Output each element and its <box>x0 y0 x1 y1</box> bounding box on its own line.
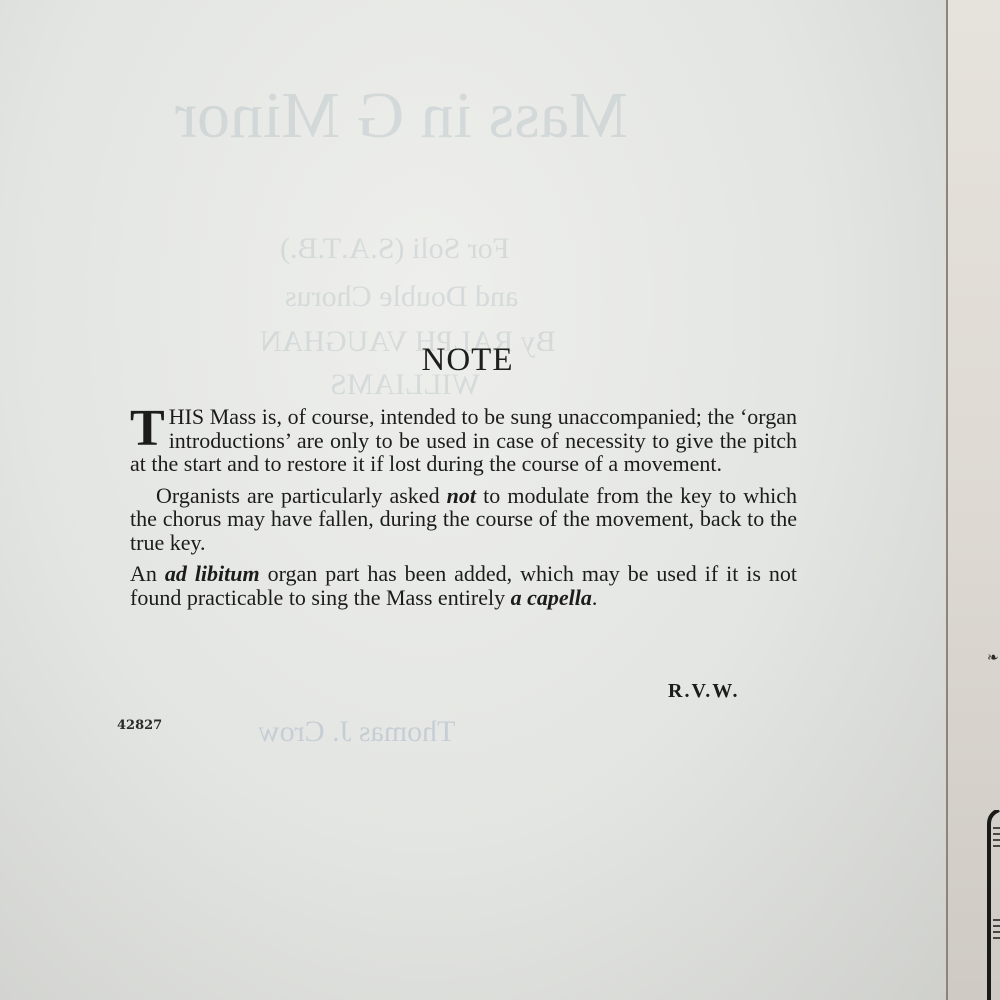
paragraph-3-text-end: . <box>592 585 598 610</box>
paragraph-2-text: Organists are particularly asked <box>156 483 447 508</box>
paragraph-3-text: An <box>130 561 165 586</box>
show-through-line: For Soli (S.A.T.B.) <box>280 232 509 266</box>
ornament-icon: ❧ <box>987 650 999 666</box>
show-through-signature: Thomas J. Crow <box>258 715 456 749</box>
ornamental-frame-icon <box>985 810 1000 1000</box>
paragraph-2: Organists are particularly asked not to … <box>130 484 797 555</box>
drop-cap: T <box>130 409 165 449</box>
note-body: THIS Mass is, of course, intended to be … <box>130 405 797 617</box>
note-heading: NOTE <box>0 342 935 379</box>
left-page: Mass in G Minor For Soli (S.A.T.B.) and … <box>0 0 946 1000</box>
plate-number: 42827 <box>117 718 162 733</box>
signature: R.V.W. <box>668 680 739 703</box>
paragraph-1-text: HIS Mass is, of course, intended to be s… <box>130 404 797 476</box>
show-through-title: Mass in G Minor <box>175 78 628 154</box>
emphasis-not: not <box>447 483 476 508</box>
show-through-line: and Double Chorus <box>285 280 518 314</box>
paragraph-3: An ad libitum organ part has been added,… <box>130 562 797 609</box>
emphasis-a-capella: a capella <box>511 585 592 610</box>
paragraph-1: THIS Mass is, of course, intended to be … <box>130 405 797 476</box>
emphasis-ad-libitum: ad libitum <box>165 561 260 586</box>
